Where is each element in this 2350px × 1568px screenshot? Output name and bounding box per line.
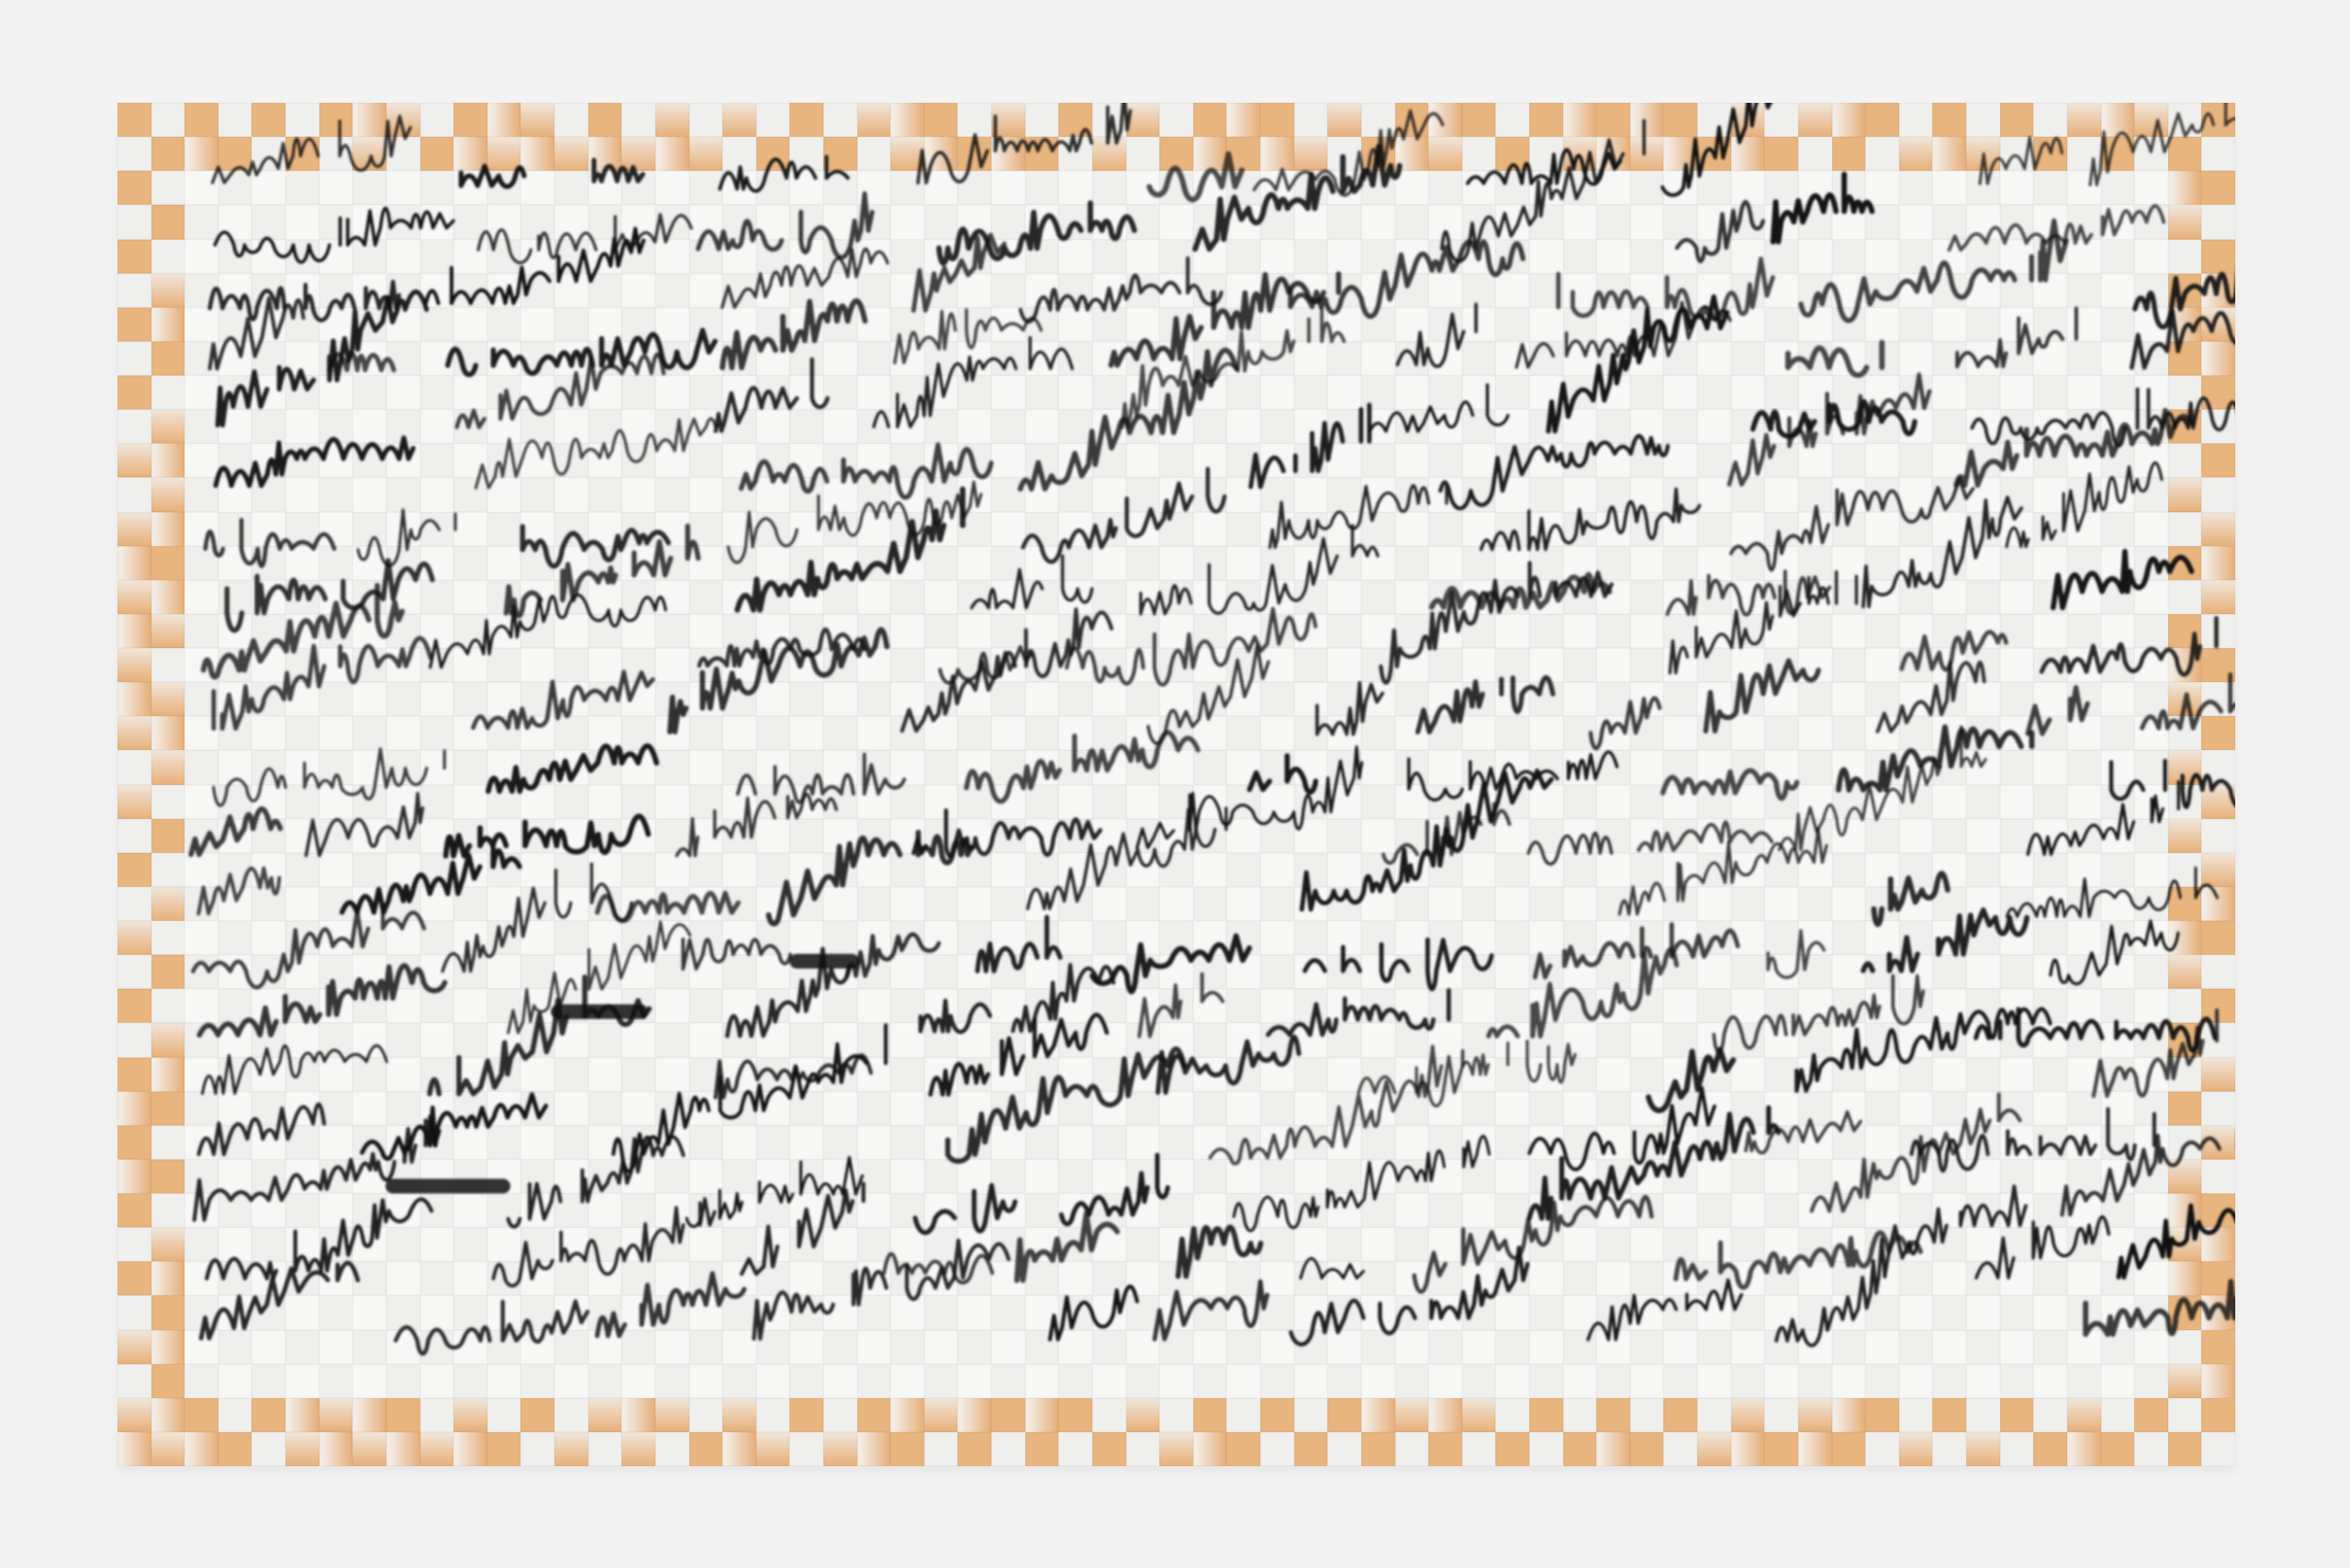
paper-strip-cell bbox=[1193, 409, 1227, 443]
paper-strip-cell bbox=[520, 1364, 554, 1398]
paper-strip-cell bbox=[890, 648, 924, 682]
paper-strip-cell bbox=[453, 1261, 487, 1295]
paper-strip-cell bbox=[1058, 137, 1092, 171]
paper-strip-cell bbox=[1529, 1126, 1563, 1159]
paper-strip-cell bbox=[1630, 1295, 1664, 1329]
paper-strip-cell bbox=[1428, 1023, 1462, 1057]
paper-strip-cell bbox=[1126, 1398, 1160, 1432]
paper-strip-cell bbox=[252, 1330, 285, 1364]
paper-strip-cell bbox=[218, 955, 252, 989]
paper-strip-cell bbox=[554, 443, 588, 477]
paper-strip-cell bbox=[319, 580, 353, 614]
paper-strip-cell bbox=[588, 921, 622, 955]
paper-strip-cell bbox=[1226, 443, 1260, 477]
paper-strip-cell bbox=[1058, 308, 1092, 342]
paper-strip-cell bbox=[2201, 1193, 2235, 1227]
paper-strip-cell bbox=[1495, 750, 1529, 784]
paper-strip-cell bbox=[1832, 1364, 1866, 1398]
paper-strip-cell bbox=[1361, 342, 1395, 375]
paper-strip-cell bbox=[2101, 955, 2135, 989]
paper-strip-cell bbox=[554, 205, 588, 239]
paper-strip-cell bbox=[689, 955, 723, 989]
paper-strip-cell bbox=[1764, 1364, 1798, 1398]
paper-strip-cell bbox=[1596, 853, 1630, 887]
paper-strip-cell bbox=[520, 1058, 554, 1092]
paper-strip-cell bbox=[655, 1126, 689, 1159]
paper-strip-cell bbox=[588, 1193, 622, 1227]
paper-strip-cell bbox=[2033, 955, 2067, 989]
paper-strip-cell bbox=[588, 1398, 622, 1432]
paper-strip-cell bbox=[1663, 443, 1697, 477]
paper-strip-cell bbox=[2033, 853, 2067, 887]
paper-strip-cell bbox=[352, 921, 386, 955]
paper-strip-cell bbox=[756, 1398, 790, 1432]
paper-strip-cell bbox=[453, 682, 487, 716]
paper-strip-cell bbox=[1193, 580, 1227, 614]
paper-strip-cell bbox=[1462, 409, 1496, 443]
paper-strip-cell bbox=[1327, 1398, 1361, 1432]
paper-strip-cell bbox=[2134, 477, 2168, 511]
paper-strip-cell bbox=[1932, 580, 1966, 614]
paper-strip-cell bbox=[1798, 785, 1832, 819]
paper-strip-cell bbox=[1832, 103, 1866, 137]
paper-strip-cell bbox=[1899, 443, 1933, 477]
paper-strip-cell bbox=[1630, 1126, 1664, 1159]
paper-strip-cell bbox=[1764, 1261, 1798, 1295]
paper-strip-cell bbox=[1697, 989, 1731, 1023]
paper-strip-cell bbox=[1428, 443, 1462, 477]
paper-strip-cell bbox=[957, 785, 991, 819]
paper-strip-cell bbox=[117, 1227, 151, 1261]
paper-strip-cell bbox=[1865, 1159, 1899, 1193]
paper-strip-cell bbox=[1092, 614, 1126, 648]
paper-strip-cell bbox=[789, 648, 823, 682]
paper-strip-cell bbox=[1865, 137, 1899, 171]
paper-strip-cell bbox=[1495, 1432, 1529, 1466]
paper-strip-cell bbox=[1596, 682, 1630, 716]
paper-strip-cell bbox=[2201, 989, 2235, 1023]
paper-strip-cell bbox=[1428, 512, 1462, 546]
paper-strip-cell bbox=[2101, 921, 2135, 955]
paper-strip-cell bbox=[957, 274, 991, 308]
paper-strip-cell bbox=[453, 240, 487, 274]
paper-strip-cell bbox=[789, 409, 823, 443]
paper-strip-cell bbox=[1395, 785, 1429, 819]
paper-strip-cell bbox=[621, 1398, 655, 1432]
paper-strip-cell bbox=[218, 989, 252, 1023]
paper-strip-cell bbox=[1529, 308, 1563, 342]
paper-strip-cell bbox=[756, 1193, 790, 1227]
paper-strip-cell bbox=[554, 103, 588, 137]
paper-strip-cell bbox=[823, 750, 857, 784]
paper-strip-cell bbox=[621, 342, 655, 375]
paper-strip-cell bbox=[2000, 103, 2034, 137]
paper-strip-cell bbox=[2201, 1159, 2235, 1193]
paper-strip-cell bbox=[2033, 137, 2067, 171]
paper-strip-cell bbox=[285, 716, 319, 750]
paper-strip-cell bbox=[2168, 955, 2202, 989]
paper-strip-cell bbox=[957, 409, 991, 443]
paper-strip-cell bbox=[420, 648, 454, 682]
paper-strip-cell bbox=[1663, 785, 1697, 819]
paper-strip-cell bbox=[285, 785, 319, 819]
paper-strip-cell bbox=[2134, 409, 2168, 443]
paper-strip-cell bbox=[1832, 342, 1866, 375]
paper-strip-cell bbox=[2101, 1058, 2135, 1092]
paper-strip-cell bbox=[1932, 785, 1966, 819]
paper-strip-cell bbox=[1798, 648, 1832, 682]
paper-strip-cell bbox=[689, 1398, 723, 1432]
paper-strip-cell bbox=[386, 921, 420, 955]
paper-strip-cell bbox=[1630, 1432, 1664, 1466]
paper-strip-cell bbox=[1092, 375, 1126, 409]
paper-strip-cell bbox=[1865, 1092, 1899, 1126]
paper-strip-cell bbox=[689, 1058, 723, 1092]
paper-strip-cell bbox=[655, 819, 689, 853]
paper-strip-cell bbox=[1361, 1023, 1395, 1057]
paper-strip-cell bbox=[924, 1295, 958, 1329]
paper-strip-cell bbox=[252, 853, 285, 887]
paper-strip-cell bbox=[1798, 274, 1832, 308]
paper-strip-cell bbox=[2101, 1364, 2135, 1398]
paper-strip-cell bbox=[722, 512, 756, 546]
paper-strip-cell bbox=[252, 137, 285, 171]
paper-strip-cell bbox=[1832, 1023, 1866, 1057]
paper-strip-cell bbox=[1865, 103, 1899, 137]
paper-strip-cell bbox=[756, 443, 790, 477]
paper-strip-cell bbox=[420, 1126, 454, 1159]
paper-strip-cell bbox=[924, 819, 958, 853]
paper-strip-cell bbox=[1529, 205, 1563, 239]
paper-strip-cell bbox=[857, 716, 891, 750]
paper-strip-cell bbox=[1832, 1432, 1866, 1466]
paper-strip-cell bbox=[1630, 682, 1664, 716]
paper-strip-cell bbox=[1596, 274, 1630, 308]
paper-strip-cell bbox=[588, 1261, 622, 1295]
paper-strip-cell bbox=[2201, 580, 2235, 614]
paper-strip-cell bbox=[890, 240, 924, 274]
paper-strip-cell bbox=[1462, 477, 1496, 511]
paper-strip-cell bbox=[1596, 1330, 1630, 1364]
paper-strip-cell bbox=[1731, 1092, 1765, 1126]
paper-strip-cell bbox=[453, 887, 487, 921]
paper-strip-cell bbox=[1932, 477, 1966, 511]
paper-strip-cell bbox=[1596, 308, 1630, 342]
paper-strip-cell bbox=[924, 205, 958, 239]
paper-strip-cell bbox=[2101, 614, 2135, 648]
paper-strip-cell bbox=[689, 103, 723, 137]
paper-strip-cell bbox=[1764, 240, 1798, 274]
paper-strip-cell bbox=[1865, 1023, 1899, 1057]
paper-strip-cell bbox=[487, 1126, 521, 1159]
paper-strip-cell bbox=[588, 1227, 622, 1261]
paper-strip-cell bbox=[924, 1261, 958, 1295]
paper-strip-cell bbox=[722, 682, 756, 716]
paper-strip-cell bbox=[1159, 308, 1193, 342]
paper-strip-cell bbox=[1193, 1193, 1227, 1227]
paper-strip-cell bbox=[285, 819, 319, 853]
paper-strip-cell bbox=[352, 1295, 386, 1329]
paper-strip-cell bbox=[1865, 614, 1899, 648]
paper-strip-cell bbox=[1226, 580, 1260, 614]
paper-strip-cell bbox=[924, 240, 958, 274]
paper-strip-cell bbox=[117, 1092, 151, 1126]
paper-strip-cell bbox=[1731, 1364, 1765, 1398]
paper-strip-cell bbox=[890, 1023, 924, 1057]
paper-strip-cell bbox=[1563, 137, 1597, 171]
paper-strip-cell bbox=[655, 614, 689, 648]
paper-strip-cell bbox=[1294, 546, 1328, 580]
paper-strip-cell bbox=[1529, 342, 1563, 375]
paper-strip-cell bbox=[1529, 546, 1563, 580]
paper-strip-cell bbox=[252, 205, 285, 239]
paper-strip-cell bbox=[722, 989, 756, 1023]
paper-strip-cell bbox=[1428, 853, 1462, 887]
paper-strip-cell bbox=[1966, 1295, 2000, 1329]
paper-strip-cell bbox=[151, 240, 185, 274]
paper-strip-cell bbox=[957, 512, 991, 546]
paper-strip-cell bbox=[1126, 1092, 1160, 1126]
paper-strip-cell bbox=[319, 205, 353, 239]
paper-strip-cell bbox=[1630, 887, 1664, 921]
paper-strip-cell bbox=[352, 1398, 386, 1432]
paper-strip-cell bbox=[218, 308, 252, 342]
paper-strip-cell bbox=[1832, 1261, 1866, 1295]
paper-strip-cell bbox=[1731, 1023, 1765, 1057]
paper-strip-cell bbox=[1025, 750, 1059, 784]
paper-strip-cell bbox=[1327, 1261, 1361, 1295]
paper-strip-cell bbox=[1865, 1227, 1899, 1261]
paper-strip-cell bbox=[1966, 853, 2000, 887]
paper-strip-cell bbox=[1529, 443, 1563, 477]
paper-strip-cell bbox=[1596, 1398, 1630, 1432]
paper-strip-cell bbox=[2000, 443, 2034, 477]
paper-strip-cell bbox=[520, 648, 554, 682]
paper-strip-cell bbox=[991, 955, 1025, 989]
paper-strip-cell bbox=[2201, 1227, 2235, 1261]
paper-strip-cell bbox=[1260, 921, 1294, 955]
paper-strip-cell bbox=[2000, 546, 2034, 580]
paper-strip-cell bbox=[285, 1330, 319, 1364]
paper-strip-cell bbox=[655, 716, 689, 750]
paper-strip-cell bbox=[1495, 1398, 1529, 1432]
paper-strip-cell bbox=[1764, 648, 1798, 682]
paper-strip-cell bbox=[857, 443, 891, 477]
paper-strip-cell bbox=[2000, 853, 2034, 887]
paper-strip-cell bbox=[2168, 989, 2202, 1023]
paper-strip-cell bbox=[1126, 1159, 1160, 1193]
paper-strip-cell bbox=[1159, 1398, 1193, 1432]
paper-strip-cell bbox=[823, 1092, 857, 1126]
paper-strip-cell bbox=[1395, 274, 1429, 308]
paper-strip-cell bbox=[756, 955, 790, 989]
paper-strip-cell bbox=[1697, 648, 1731, 682]
paper-strip-cell bbox=[1832, 1193, 1866, 1227]
paper-strip-cell bbox=[1731, 785, 1765, 819]
paper-strip-cell bbox=[1697, 1295, 1731, 1329]
paper-strip-cell bbox=[2101, 512, 2135, 546]
paper-strip-cell bbox=[1462, 1295, 1496, 1329]
paper-strip-cell bbox=[487, 308, 521, 342]
paper-strip-cell bbox=[924, 1092, 958, 1126]
paper-strip-cell bbox=[1092, 648, 1126, 682]
paper-strip-cell bbox=[2201, 682, 2235, 716]
paper-strip-cell bbox=[823, 1364, 857, 1398]
paper-strip-cell bbox=[1731, 648, 1765, 682]
paper-strip-cell bbox=[655, 648, 689, 682]
paper-strip-cell bbox=[151, 103, 185, 137]
paper-strip-cell bbox=[655, 1330, 689, 1364]
paper-strip-cell bbox=[520, 1023, 554, 1057]
paper-strip-cell bbox=[2134, 682, 2168, 716]
paper-strip-cell bbox=[1764, 1193, 1798, 1227]
paper-strip-cell bbox=[1899, 819, 1933, 853]
paper-strip-cell bbox=[1630, 205, 1664, 239]
paper-strip-cell bbox=[655, 137, 689, 171]
paper-strip-cell bbox=[218, 1126, 252, 1159]
paper-strip-cell bbox=[789, 342, 823, 375]
paper-strip-cell bbox=[789, 921, 823, 955]
paper-strip-cell bbox=[957, 1092, 991, 1126]
paper-strip-cell bbox=[823, 1295, 857, 1329]
paper-strip-cell bbox=[1899, 614, 1933, 648]
paper-strip-cell bbox=[789, 274, 823, 308]
paper-strip-cell bbox=[2168, 1398, 2202, 1432]
paper-strip-cell bbox=[117, 580, 151, 614]
paper-strip-cell bbox=[2201, 477, 2235, 511]
paper-strip-cell bbox=[1596, 205, 1630, 239]
paper-strip-cell bbox=[2067, 853, 2101, 887]
paper-strip-cell bbox=[756, 1159, 790, 1193]
paper-strip-cell bbox=[621, 1092, 655, 1126]
paper-strip-cell bbox=[2134, 1227, 2168, 1261]
paper-strip-cell bbox=[1462, 375, 1496, 409]
paper-strip-cell bbox=[756, 171, 790, 205]
paper-strip-cell bbox=[1428, 1092, 1462, 1126]
paper-strip-cell bbox=[554, 819, 588, 853]
paper-strip-cell bbox=[1058, 443, 1092, 477]
paper-strip-cell bbox=[823, 1058, 857, 1092]
paper-strip-cell bbox=[991, 409, 1025, 443]
paper-strip-cell bbox=[1966, 921, 2000, 955]
paper-strip-cell bbox=[2000, 477, 2034, 511]
paper-strip-cell bbox=[352, 580, 386, 614]
paper-strip-cell bbox=[1294, 716, 1328, 750]
paper-strip-cell bbox=[1798, 477, 1832, 511]
paper-strip-cell bbox=[890, 342, 924, 375]
paper-strip-cell bbox=[185, 103, 218, 137]
paper-strip-cell bbox=[1495, 546, 1529, 580]
paper-strip-cell bbox=[1395, 375, 1429, 409]
paper-strip-cell bbox=[1798, 819, 1832, 853]
paper-strip-cell bbox=[520, 989, 554, 1023]
paper-strip-cell bbox=[655, 921, 689, 955]
paper-strip-cell bbox=[689, 1126, 723, 1159]
paper-strip-cell bbox=[890, 921, 924, 955]
paper-strip-cell bbox=[689, 1261, 723, 1295]
paper-strip-cell bbox=[1260, 1058, 1294, 1092]
paper-strip-cell bbox=[386, 1193, 420, 1227]
paper-strip-cell bbox=[1966, 1398, 2000, 1432]
paper-strip-cell bbox=[2168, 546, 2202, 580]
paper-strip-cell bbox=[924, 1330, 958, 1364]
paper-strip-cell bbox=[1428, 1193, 1462, 1227]
paper-strip-cell bbox=[218, 785, 252, 819]
paper-strip-cell bbox=[1495, 1159, 1529, 1193]
paper-strip-cell bbox=[117, 171, 151, 205]
paper-strip-cell bbox=[453, 375, 487, 409]
paper-strip-cell bbox=[588, 1058, 622, 1092]
paper-strip-cell bbox=[957, 614, 991, 648]
paper-strip-cell bbox=[1159, 1227, 1193, 1261]
paper-strip-cell bbox=[386, 989, 420, 1023]
paper-strip-cell bbox=[1025, 137, 1059, 171]
paper-strip-cell bbox=[1697, 205, 1731, 239]
paper-strip-cell bbox=[1966, 1092, 2000, 1126]
paper-strip-cell bbox=[924, 512, 958, 546]
paper-strip-cell bbox=[1865, 1364, 1899, 1398]
paper-strip-cell bbox=[1058, 819, 1092, 853]
paper-strip-cell bbox=[1630, 819, 1664, 853]
paper-strip-cell bbox=[1865, 546, 1899, 580]
paper-strip-cell bbox=[2101, 853, 2135, 887]
paper-strip-cell bbox=[1630, 546, 1664, 580]
paper-strip-cell bbox=[2000, 614, 2034, 648]
paper-strip-cell bbox=[1462, 1261, 1496, 1295]
paper-strip-cell bbox=[689, 1023, 723, 1057]
paper-strip-cell bbox=[520, 682, 554, 716]
paper-strip-cell bbox=[1495, 580, 1529, 614]
paper-strip-cell bbox=[789, 477, 823, 511]
paper-strip-cell bbox=[588, 308, 622, 342]
paper-strip-cell bbox=[151, 1159, 185, 1193]
paper-strip-cell bbox=[890, 1432, 924, 1466]
paper-strip-cell bbox=[857, 274, 891, 308]
paper-strip-cell bbox=[1226, 1227, 1260, 1261]
paper-strip-cell bbox=[319, 409, 353, 443]
paper-strip-cell bbox=[1529, 648, 1563, 682]
paper-strip-cell bbox=[1798, 205, 1832, 239]
paper-strip-cell bbox=[823, 853, 857, 887]
paper-strip-cell bbox=[1462, 137, 1496, 171]
paper-strip-cell bbox=[789, 512, 823, 546]
paper-strip-cell bbox=[1630, 409, 1664, 443]
paper-strip-cell bbox=[2134, 512, 2168, 546]
paper-strip-cell bbox=[1563, 342, 1597, 375]
paper-strip-cell bbox=[1294, 443, 1328, 477]
paper-strip-cell bbox=[1327, 853, 1361, 887]
paper-strip-cell bbox=[857, 1092, 891, 1126]
paper-strip-cell bbox=[890, 887, 924, 921]
paper-strip-cell bbox=[1630, 614, 1664, 648]
paper-strip-cell bbox=[722, 1330, 756, 1364]
paper-strip-cell bbox=[991, 1023, 1025, 1057]
paper-strip-cell bbox=[252, 887, 285, 921]
paper-strip-cell bbox=[621, 477, 655, 511]
paper-strip-cell bbox=[252, 409, 285, 443]
paper-strip-cell bbox=[655, 1398, 689, 1432]
paper-strip-cell bbox=[1899, 409, 1933, 443]
paper-strip-cell bbox=[655, 989, 689, 1023]
paper-strip-cell bbox=[588, 648, 622, 682]
paper-strip-cell bbox=[1630, 308, 1664, 342]
paper-strip-cell bbox=[823, 546, 857, 580]
paper-strip-cell bbox=[1630, 955, 1664, 989]
paper-strip-cell bbox=[1058, 750, 1092, 784]
paper-strip-cell bbox=[352, 1330, 386, 1364]
paper-strip-cell bbox=[1395, 308, 1429, 342]
paper-strip-cell bbox=[151, 443, 185, 477]
